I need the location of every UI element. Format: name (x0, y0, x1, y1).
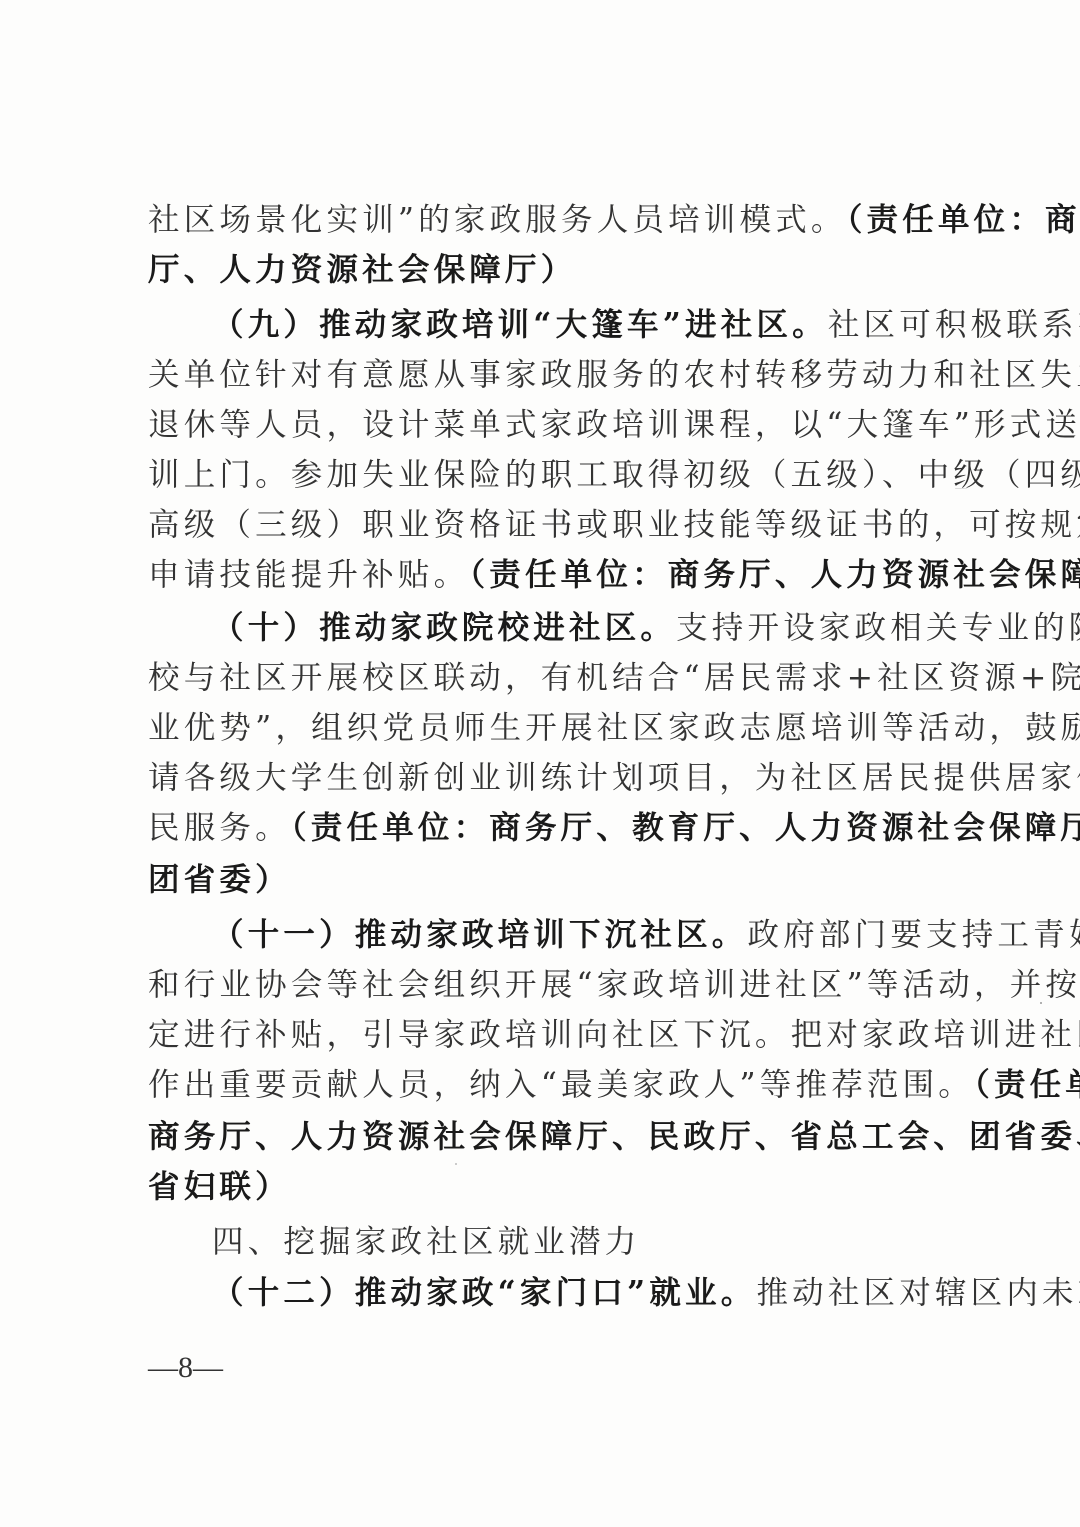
section-heading-10: （十）推动家政院校进社区。支持开设家政相关专业的院 (212, 608, 938, 648)
responsible-units: 商务厅、人力资源社会保障厅、民政厅、省总工会、团省委、 (148, 1118, 1080, 1155)
body-text: 训上门。参加失业保险的职工取得初级（五级）、中级（四级）、 (148, 457, 1080, 493)
body-text: 支持开设家政相关专业的院 (676, 610, 1080, 646)
body-text: 和行业协会等社会组织开展“家政培训进社区”等活动，并按规 (148, 967, 1080, 1003)
responsible-units: （责任单位：商务厅、人力资源社会保障厅） (469, 556, 1080, 593)
responsible-units: （责任单位： (974, 1066, 1080, 1103)
body-text: 民服务。 (148, 810, 291, 846)
body-text: 推动社区对辖区内未就 (756, 1275, 1080, 1311)
part-title: 四、挖掘家政社区就业潜力 (212, 1224, 640, 1260)
text-line: 高级（三级）职业资格证书或职业技能等级证书的，可按规定 (148, 505, 938, 545)
text-line: 业优势”，组织党员师生开展社区家政志愿培训等活动，鼓励申 (148, 708, 938, 748)
responsible-units: （责任单位：商务 (847, 201, 1080, 238)
text-line: 关单位针对有意愿从事家政服务的农村转移劳动力和社区失业、 (148, 355, 938, 395)
scan-speck (955, 488, 967, 489)
body-text: 关单位针对有意愿从事家政服务的农村转移劳动力和社区失业、 (148, 357, 1080, 393)
responsible-units: 省妇联） (148, 1168, 291, 1205)
page-number: —8— (148, 1348, 223, 1388)
text-line: 作出重要贡献人员，纳入“最美家政人”等推荐范围。（责任单位： (148, 1065, 938, 1105)
section-title: （十二）推动家政“家门口”就业。 (212, 1274, 756, 1311)
text-line: 和行业协会等社会组织开展“家政培训进社区”等活动，并按规 (148, 965, 938, 1005)
text-line: 退休等人员，设计菜单式家政培训课程，以“大篷车”形式送培 (148, 405, 938, 445)
text-line: 定进行补贴，引导家政培训向社区下沉。把对家政培训进社区 (148, 1015, 938, 1055)
part-heading-4: 四、挖掘家政社区就业潜力 (212, 1222, 938, 1262)
section-title: （十）推动家政院校进社区。 (212, 609, 676, 646)
body-text: 作出重要贡献人员，纳入“最美家政人”等推荐范围。 (148, 1067, 974, 1103)
body-text: 校与社区开展校区联动，有机结合“居民需求+社区资源+院校专 (148, 660, 1080, 696)
text-line: 商务厅、人力资源社会保障厅、民政厅、省总工会、团省委、 (148, 1117, 938, 1157)
body-text: 社区场景化实训”的家政服务人员培训模式。 (148, 202, 847, 238)
text-line: 训上门。参加失业保险的职工取得初级（五级）、中级（四级）、 (148, 455, 938, 495)
body-text: 退休等人员，设计菜单式家政培训课程，以“大篷车”形式送培 (148, 407, 1080, 443)
responsible-units: 厅、人力资源社会保障厅） (148, 251, 576, 288)
text-line: 省妇联） (148, 1167, 938, 1207)
text-line: 民服务。（责任单位：商务厅、教育厅、人力资源社会保障厅、 (148, 808, 938, 848)
section-heading-9: （九）推动家政培训“大篷车”进社区。社区可积极联系有 (212, 305, 938, 345)
section-heading-11: （十一）推动家政培训下沉社区。政府部门要支持工青妇 (212, 915, 938, 955)
scan-speck (1040, 1002, 1042, 1004)
text-line: 申请技能提升补贴。（责任单位：商务厅、人力资源社会保障厅） (148, 555, 938, 595)
body-text: 业优势”，组织党员师生开展社区家政志愿培训等活动，鼓励申 (148, 710, 1080, 746)
text-line: 社区场景化实训”的家政服务人员培训模式。（责任单位：商务 (148, 200, 938, 240)
body-text: 定进行补贴，引导家政培训向社区下沉。把对家政培训进社区 (148, 1017, 1080, 1053)
body-text: 请各级大学生创新创业训练计划项目，为社区居民提供居家便 (148, 760, 1080, 796)
text-line: 校与社区开展校区联动，有机结合“居民需求+社区资源+院校专 (148, 658, 938, 698)
responsible-units: 团省委） (148, 861, 291, 898)
scan-speck (455, 1163, 457, 1165)
text-line: 厅、人力资源社会保障厅） (148, 250, 938, 290)
body-text: 申请技能提升补贴。 (148, 557, 469, 593)
section-title: （九）推动家政培训“大篷车”进社区。 (212, 306, 828, 343)
section-title: （十一）推动家政培训下沉社区。 (212, 916, 748, 953)
body-text: 社区可积极联系有 (828, 307, 1080, 343)
document-page: 社区场景化实训”的家政服务人员培训模式。（责任单位：商务 厅、人力资源社会保障厅… (0, 0, 1080, 1527)
text-line: 请各级大学生创新创业训练计划项目，为社区居民提供居家便 (148, 758, 938, 798)
responsible-units: （责任单位：商务厅、教育厅、人力资源社会保障厅、 (291, 809, 1080, 846)
body-text: 政府部门要支持工青妇 (748, 917, 1080, 953)
text-line: 团省委） (148, 860, 938, 900)
body-text: 高级（三级）职业资格证书或职业技能等级证书的，可按规定 (148, 507, 1080, 543)
section-heading-12: （十二）推动家政“家门口”就业。推动社区对辖区内未就 (212, 1273, 938, 1313)
